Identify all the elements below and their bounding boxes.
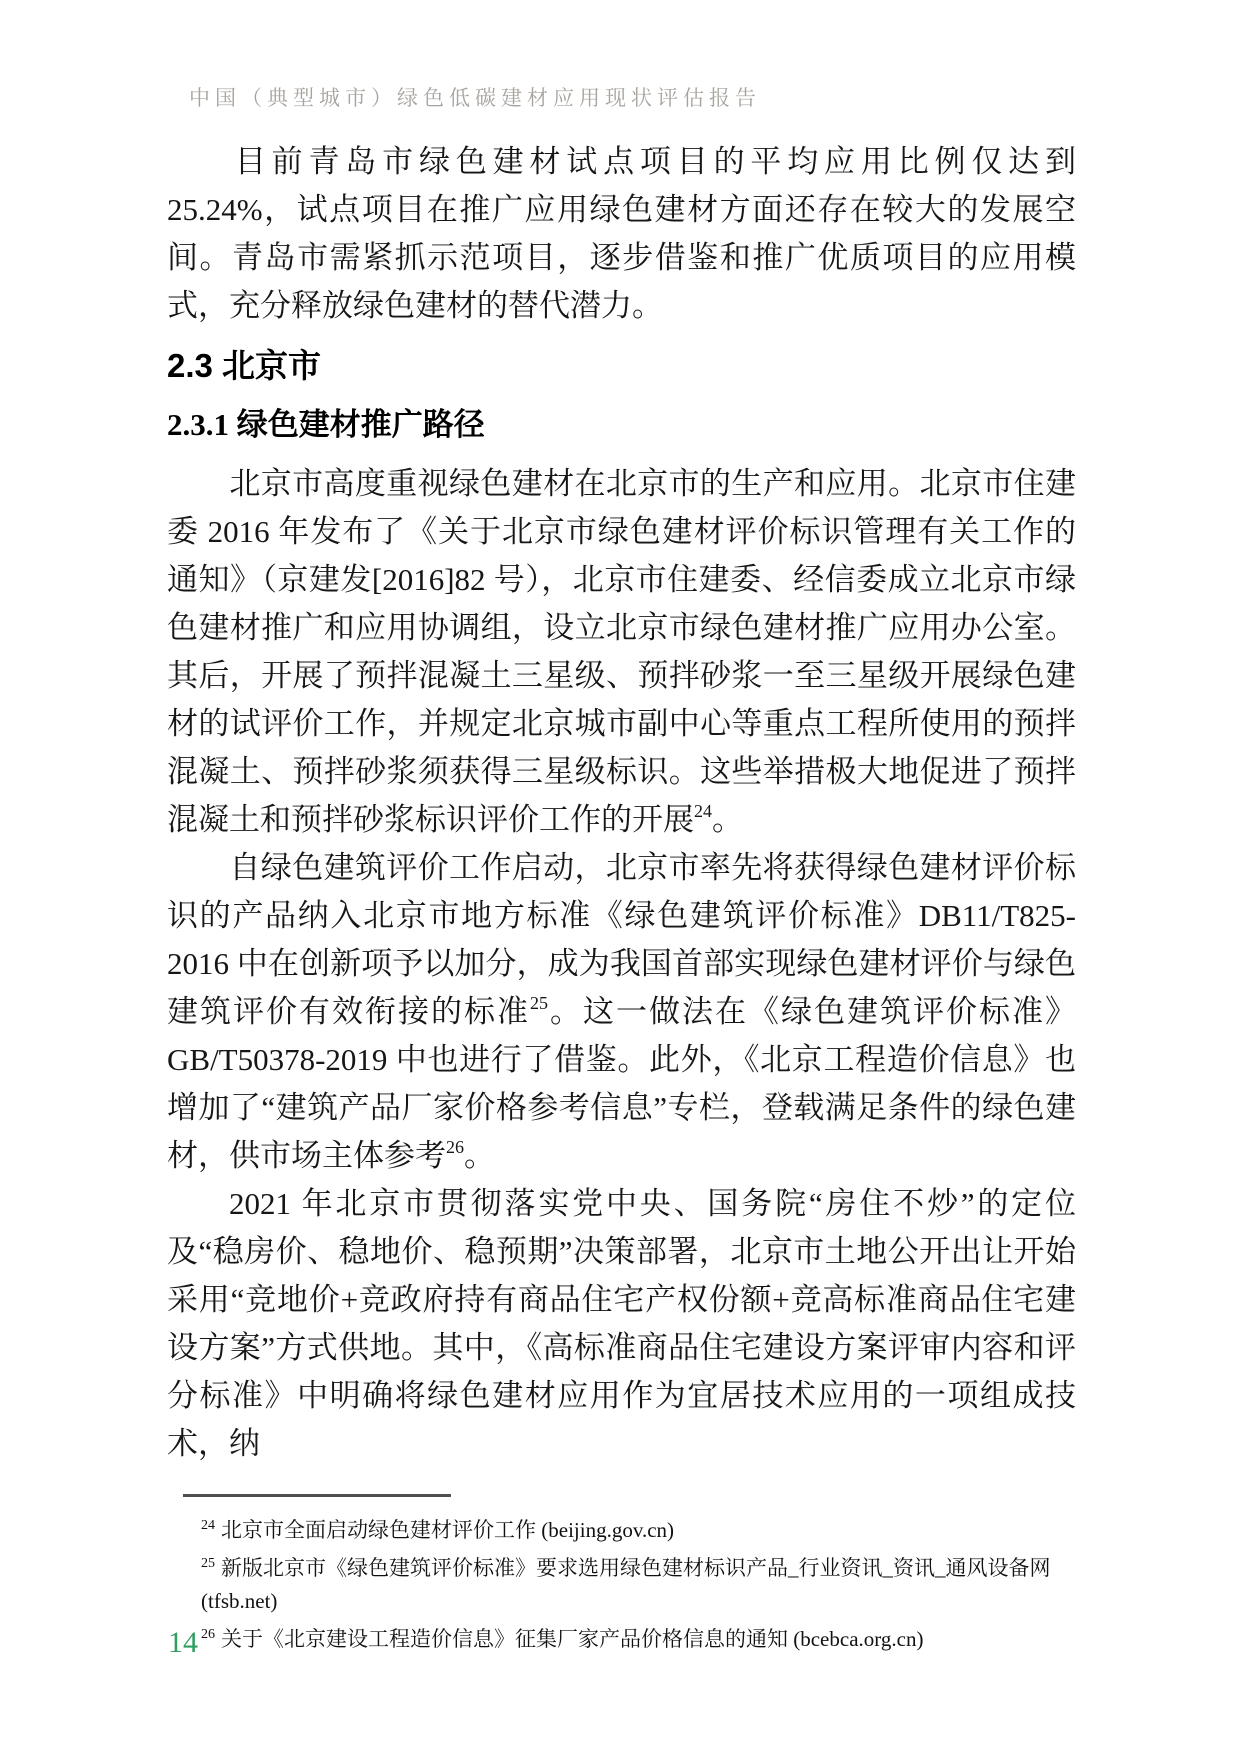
footnote-text: 北京市全面启动绿色建材评价工作 (beijing.gov.cn) — [221, 1518, 674, 1542]
footnote-item: 25新版北京市《绿色建筑评价标准》要求选用绿色建材标识产品_行业资讯_资讯_通风… — [167, 1547, 1076, 1618]
footnote-number: 25 — [201, 1556, 215, 1571]
footnote-item: 26关于《北京建设工程造价信息》征集厂家产品价格信息的通知 (bcebca.or… — [167, 1618, 1076, 1656]
paragraph-text: 北京市高度重视绿色建材在北京市的生产和应用。北京市住建委 2016 年发布了《关… — [167, 466, 1076, 837]
paragraph-text: 。 — [712, 802, 743, 837]
footnote-text: 关于《北京建设工程造价信息》征集厂家产品价格信息的通知 (bcebca.org.… — [221, 1627, 923, 1651]
document-page: 中国（典型城市）绿色低碳建材应用现状评估报告 目前青岛市绿色建材试点项目的平均应… — [0, 0, 1241, 1754]
running-header: 中国（典型城市）绿色低碳建材应用现状评估报告 — [167, 82, 1076, 112]
page-content: 中国（典型城市）绿色低碳建材应用现状评估报告 目前青岛市绿色建材试点项目的平均应… — [167, 82, 1076, 1468]
footnote-ref-26: 26 — [446, 1137, 464, 1157]
footnote-ref-25: 25 — [530, 993, 548, 1013]
section-heading-2-3: 2.3 北京市 — [167, 344, 1076, 388]
footnote-number: 24 — [201, 1518, 215, 1533]
paragraph-text: 。 — [464, 1138, 495, 1173]
paragraph-text: 目前青岛市绿色建材试点项目的平均应用比例仅达到 25.24%，试点项目在推广应用… — [167, 144, 1076, 323]
paragraph-standards: 自绿色建筑评价工作启动，北京市率先将获得绿色建材评价标识的产品纳入北京市地方标准… — [167, 844, 1076, 1180]
paragraph-qingdao-summary: 目前青岛市绿色建材试点项目的平均应用比例仅达到 25.24%，试点项目在推广应用… — [167, 138, 1076, 330]
footnote-text: 新版北京市《绿色建筑评价标准》要求选用绿色建材标识产品_行业资讯_资讯_通风设备… — [201, 1556, 1051, 1613]
paragraph-beijing-policy: 北京市高度重视绿色建材在北京市的生产和应用。北京市住建委 2016 年发布了《关… — [167, 460, 1076, 844]
paragraph-text: 2021 年北京市贯彻落实党中央、国务院“房住不炒”的定位及“稳房价、稳地价、稳… — [167, 1186, 1076, 1461]
footnote-ref-24: 24 — [694, 801, 712, 821]
footnote-number: 26 — [201, 1627, 215, 1642]
page-number: 14 — [168, 1626, 198, 1660]
footnote-area: 24北京市全面启动绿色建材评价工作 (beijing.gov.cn) 25新版北… — [167, 1494, 1076, 1656]
footnote-separator — [183, 1494, 451, 1497]
footnote-item: 24北京市全面启动绿色建材评价工作 (beijing.gov.cn) — [167, 1509, 1076, 1547]
paragraph-land-policy: 2021 年北京市贯彻落实党中央、国务院“房住不炒”的定位及“稳房价、稳地价、稳… — [167, 1180, 1076, 1468]
subsection-heading-2-3-1: 2.3.1 绿色建材推广路径 — [167, 404, 1076, 446]
